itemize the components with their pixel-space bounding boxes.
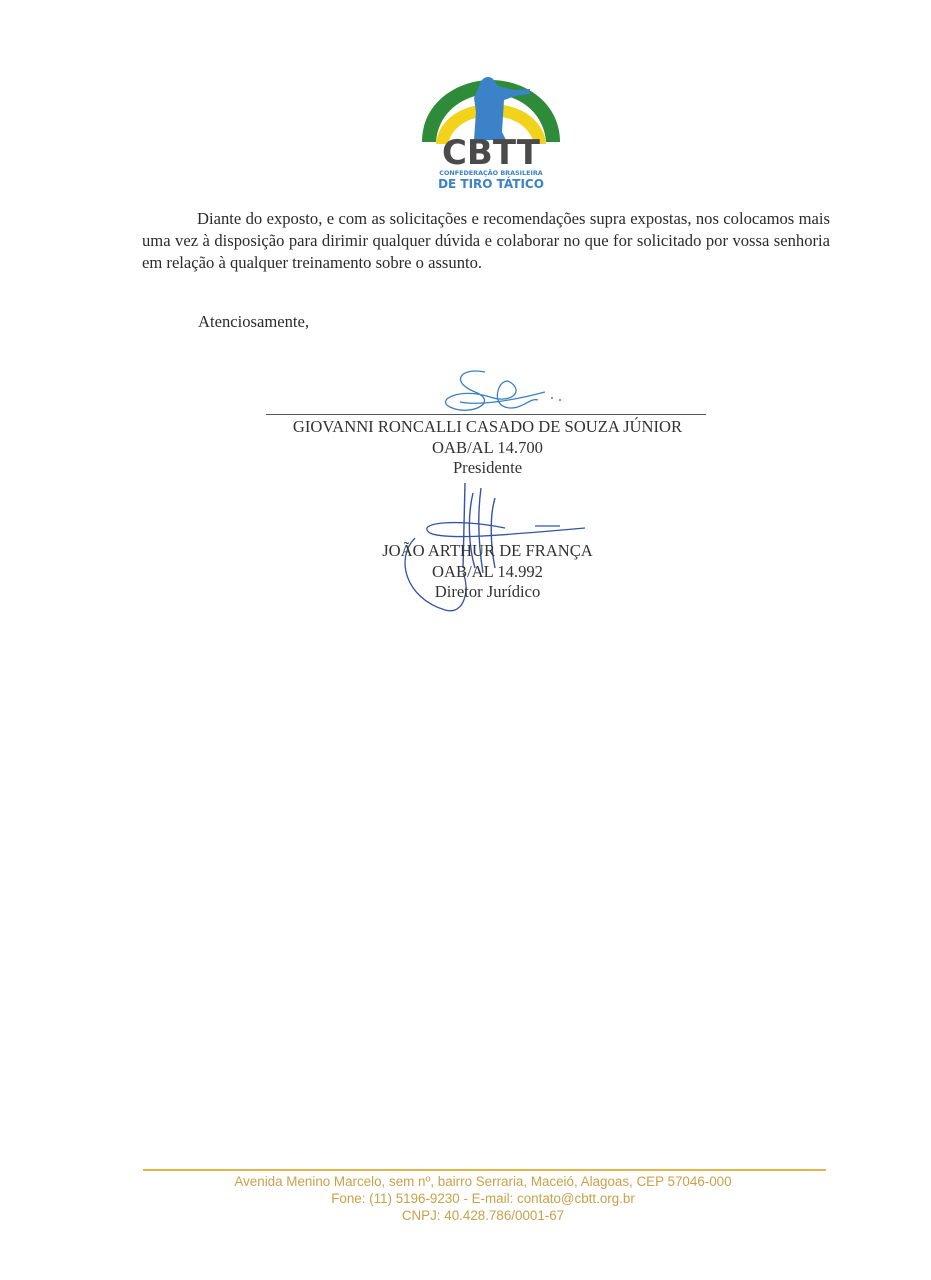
footer-contact: Fone: (11) 5196-9230 - E-mail: contato@c… xyxy=(0,1190,931,1207)
signature-line xyxy=(266,414,706,415)
signatory-role: Presidente xyxy=(0,458,931,479)
footer-cnpj: CNPJ: 40.428.786/0001-67 xyxy=(0,1207,931,1224)
cbtt-logo: CBTT CONFEDERAÇÃO BRASILEIRA DE TIRO TÁT… xyxy=(418,72,564,192)
signatory-president: GIOVANNI RONCALLI CASADO DE SOUZA JÚNIOR… xyxy=(0,417,931,479)
closing-paragraph: Diante do exposto, e com as solicitações… xyxy=(142,208,830,274)
svg-text:CONFEDERAÇÃO BRASILEIRA: CONFEDERAÇÃO BRASILEIRA xyxy=(439,168,542,177)
footer-divider xyxy=(143,1169,826,1171)
signatory-name: JOÃO ARTHUR DE FRANÇA xyxy=(0,541,931,562)
signatory-legal-director: JOÃO ARTHUR DE FRANÇA OAB/AL 14.992 Dire… xyxy=(0,541,931,603)
footer-address: Avenida Menino Marcelo, sem nº, bairro S… xyxy=(0,1173,931,1190)
letterhead-footer: Avenida Menino Marcelo, sem nº, bairro S… xyxy=(0,1173,931,1224)
signatory-role: Diretor Jurídico xyxy=(0,582,931,603)
signatory-name: GIOVANNI RONCALLI CASADO DE SOUZA JÚNIOR xyxy=(0,417,931,438)
svg-text:DE TIRO TÁTICO: DE TIRO TÁTICO xyxy=(438,176,544,191)
signatory-registration: OAB/AL 14.700 xyxy=(0,438,931,459)
closing-salutation: Atenciosamente, xyxy=(198,312,309,332)
paragraph-text: Diante do exposto, e com as solicitações… xyxy=(142,209,830,272)
signatory-registration: OAB/AL 14.992 xyxy=(0,562,931,583)
signature-president-icon xyxy=(430,362,570,422)
shooter-emblem-icon: CBTT CONFEDERAÇÃO BRASILEIRA DE TIRO TÁT… xyxy=(418,72,564,192)
svg-text:CBTT: CBTT xyxy=(442,133,541,173)
